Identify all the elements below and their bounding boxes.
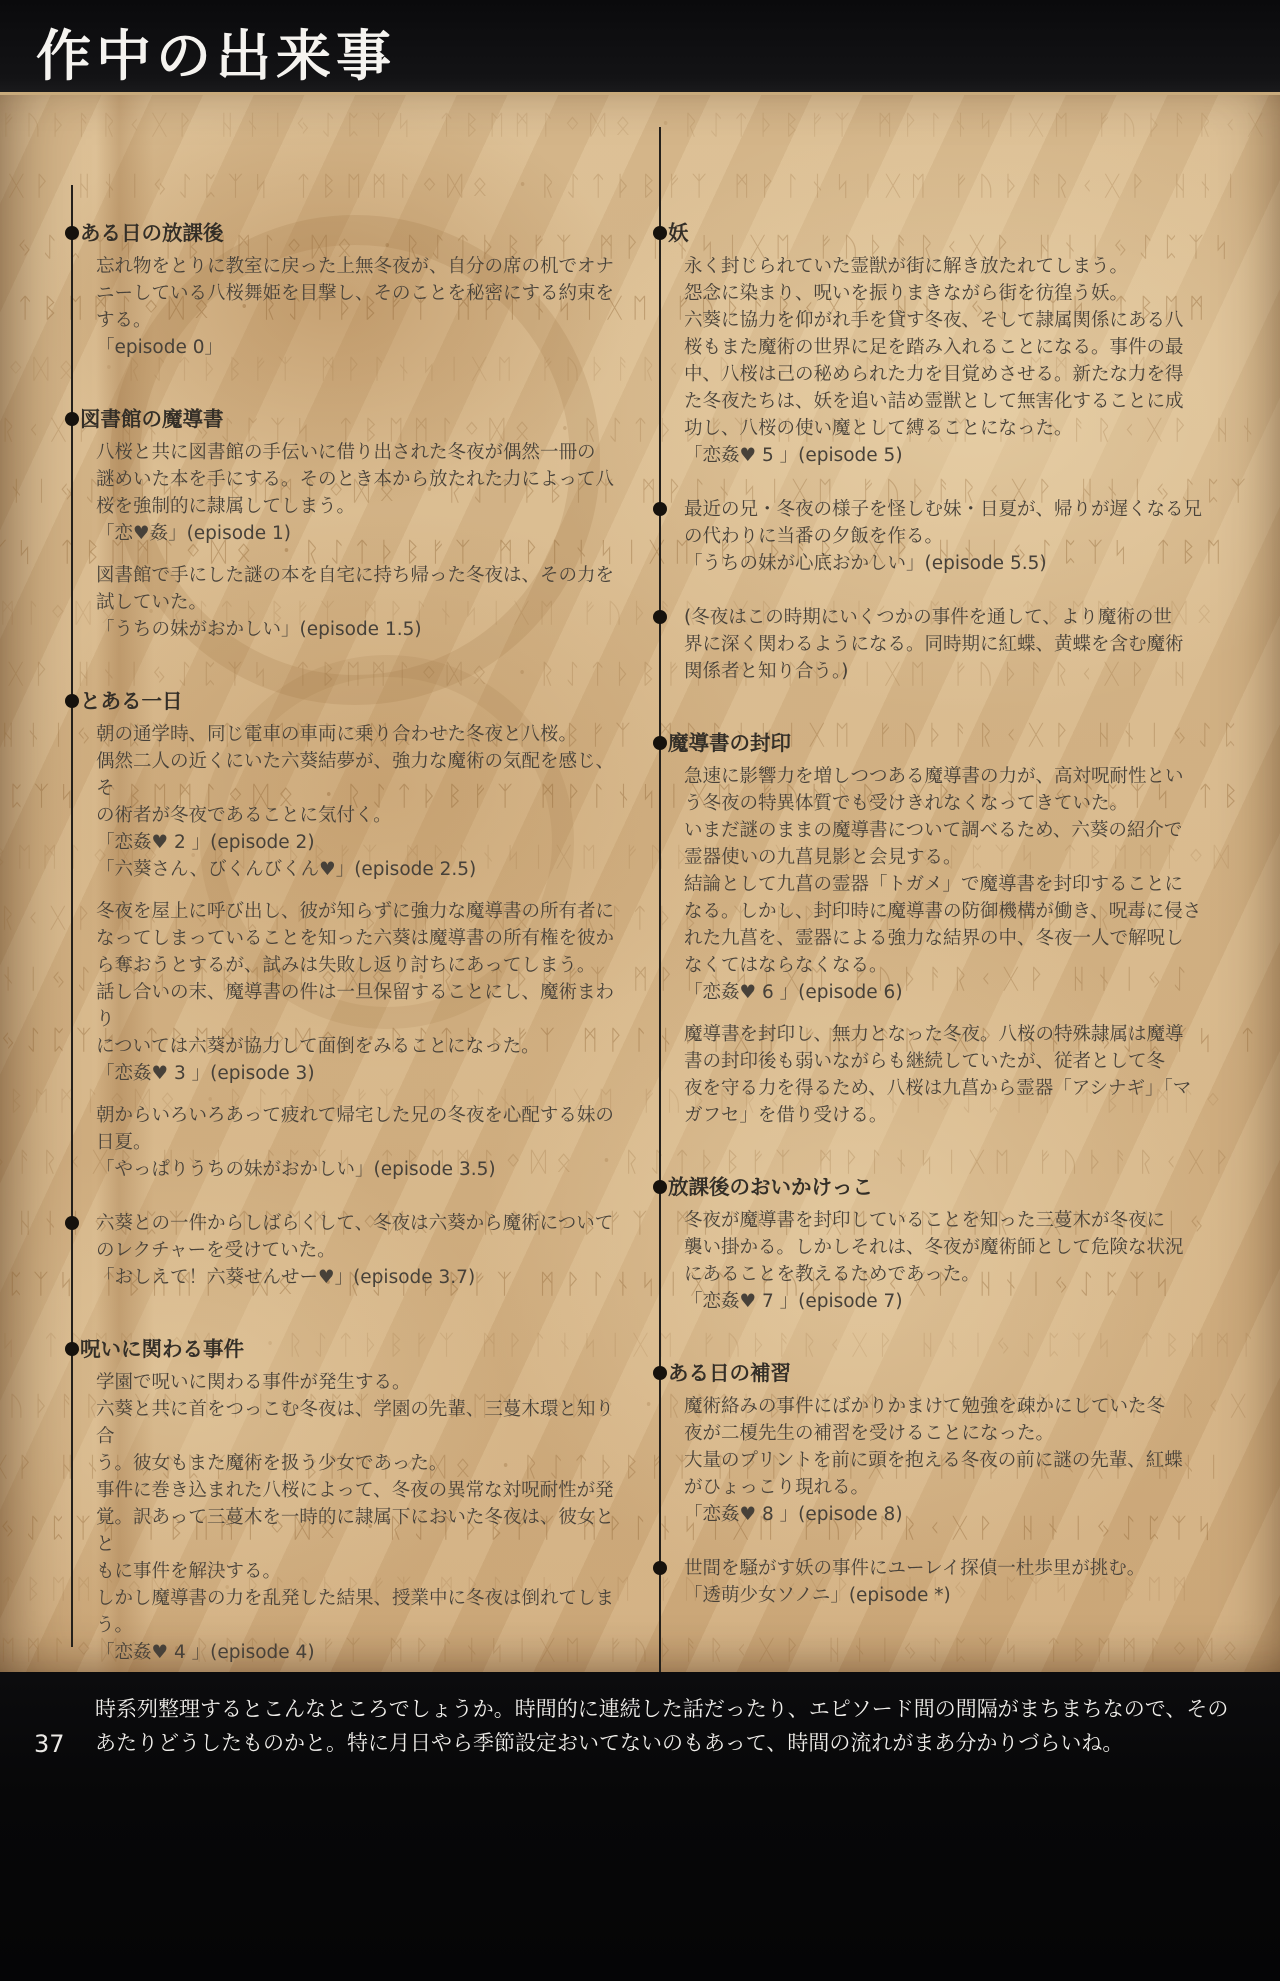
timeline-dot: [653, 226, 667, 240]
text-line: ら奪おうとするが、試みは失敗し返り討ちにあってしまう。: [96, 952, 622, 979]
text-line: 話し合いの末、魔導書の件は一旦保留することにし、魔術まわり: [96, 979, 622, 1033]
text-line: 永く封じられていた霊獣が街に解き放たれてしまう。: [684, 253, 1204, 280]
text-line: 六葵と共に首をつっこむ冬夜は、学園の先輩、三蔓木環と知り合: [96, 1396, 622, 1450]
text-line: 結論として九菖の霊器「トガメ」で魔導書を封印することに: [684, 871, 1204, 898]
text-line: 霊器使いの九菖見影と会見する。: [684, 844, 1204, 871]
page-header-bar: 作中の出来事: [0, 0, 1280, 92]
timeline-paragraph: 冬夜を屋上に呼び出し、彼が知らずに強力な魔導書の所有者になってしまっていることを…: [96, 898, 622, 1087]
text-line: う。: [96, 1612, 622, 1639]
parchment-background: ᚠᚢᚦᚨᚱᚲᚷᚹ ᚺᚾᛁᛃᛇᛈᛉᛋ ᛏᛒᛖᛗᛚᛜᛞᛟ ᛫ᚱᛇᛏᚦᛒᚠᛉ ᛗᚹᛚᚾ…: [0, 92, 1280, 1675]
text-line: 「恋姦♥ 2 」(episode 2): [96, 829, 622, 856]
text-line: しかし魔導書の力を乱発した結果、授業中に冬夜は倒れてしま: [96, 1585, 622, 1612]
text-line: ニーしている八桜舞姫を目撃し、そのことを秘密にする約束を: [96, 280, 622, 307]
text-line: なってしまっていることを知った六葵は魔導書の所有権を彼か: [96, 925, 622, 952]
text-line: 覚。訳あって三蔓木を一時的に隷属下においた冬夜は、彼女とと: [96, 1504, 622, 1558]
text-line: する。: [96, 307, 622, 334]
timeline-dot: [653, 1366, 667, 1380]
section-heading: とある一日: [80, 687, 622, 715]
text-line: いまだ謎のままの魔導書について調べるため、六葵の紹介で: [684, 817, 1204, 844]
text-line: 書の封印後も弱いながらも継続していたが、従者として冬: [684, 1048, 1204, 1075]
section-heading: ある日の補習: [668, 1359, 1204, 1387]
text-line: 朝の通学時、同じ電車の車両に乗り合わせた冬夜と八桜。: [96, 721, 622, 748]
text-line: なる。しかし、封印時に魔導書の防御機構が働き、呪毒に侵さ: [684, 898, 1204, 925]
text-line: 忘れ物をとりに教室に戻った上無冬夜が、自分の席の机でオナ: [96, 253, 622, 280]
section-heading: ある日の放課後: [80, 219, 622, 247]
footer-note-line: あたりどうしたものかと。特に月日やら季節設定おいてないのもあって、時間の流れがま…: [95, 1726, 1240, 1760]
text-line: 「恋姦♥ 8 」(episode 8): [684, 1501, 1204, 1528]
section-heading: 図書館の魔導書: [80, 405, 622, 433]
text-line: 六葵との一件からしばらくして、冬夜は六葵から魔術について: [96, 1210, 622, 1237]
text-line: 「episode 0」: [96, 334, 622, 361]
timeline-paragraph: 八桜と共に図書館の手伝いに借り出された冬夜が偶然一冊の謎めいた本を手にする。その…: [96, 439, 622, 547]
text-line: 事件に巻き込まれた八桜によって、冬夜の異常な対呪耐性が発: [96, 1477, 622, 1504]
text-line: 怨念に染まり、呪いを振りまきながら街を彷徨う妖。: [684, 280, 1204, 307]
text-line: 八桜と共に図書館の手伝いに借り出された冬夜が偶然一冊の: [96, 439, 622, 466]
timeline-dot: [653, 736, 667, 750]
text-line: 「おしえて！六葵せんせー♥」(episode 3.7): [96, 1264, 622, 1291]
text-line: た冬夜たちは、妖を追い詰め霊獣として無害化することに成: [684, 388, 1204, 415]
text-line: 朝からいろいろあって疲れて帰宅した兄の冬夜を心配する妹の: [96, 1102, 622, 1129]
scanned-book-page: 作中の出来事 ᚠᚢᚦᚨᚱᚲᚷᚹ ᚺᚾᛁᛃᛇᛈᛉᛋ ᛏᛒᛖᛗᛚᛜᛞᛟ ᛫ᚱᛇᛏᚦᛒ…: [0, 0, 1280, 1981]
text-line: 「恋姦♥ 5 」(episode 5): [684, 442, 1204, 469]
timeline-dot: [65, 694, 79, 708]
section-heading: 魔導書の封印: [668, 729, 1204, 757]
timeline-line: [659, 127, 661, 1687]
timeline-dot: [65, 412, 79, 426]
section-heading: 妖: [668, 219, 1204, 247]
text-line: については六葵が協力して面倒をみることになった。: [96, 1033, 622, 1060]
text-line: 急速に影響力を増しつつある魔導書の力が、高対呪耐性とい: [684, 763, 1204, 790]
timeline-paragraph: 永く封じられていた霊獣が街に解き放たれてしまう。怨念に染まり、呪いを振りまきなが…: [684, 253, 1204, 469]
timeline-paragraph: (冬夜はこの時期にいくつかの事件を通して、より魔術の世界に深く関わるようになる。…: [684, 604, 1204, 685]
timeline-paragraph: 冬夜が魔導書を封印していることを知った三蔓木が冬夜に襲い掛かる。しかしそれは、冬…: [684, 1207, 1204, 1315]
timeline-paragraph: 朝からいろいろあって疲れて帰宅した兄の冬夜を心配する妹の日夏。「やっぱりうちの妹…: [96, 1102, 622, 1183]
timeline-dot: [65, 226, 79, 240]
timeline-section: ある日の補習魔術絡みの事件にばかりかまけて勉強を疎かにしていた冬夜が二榎先生の補…: [648, 1359, 1204, 1609]
timeline-paragraph: 世間を騒がす妖の事件にユーレイ探偵一杜歩里が挑む。「透萌少女ソノニ」(episo…: [684, 1555, 1204, 1609]
text-line: 「恋姦♥ 6 」(episode 6): [684, 979, 1204, 1006]
text-line: 偶然二人の近くにいた六葵結夢が、強力な魔術の気配を感じ、そ: [96, 748, 622, 802]
text-line: 「うちの妹が心底おかしい」(episode 5.5): [684, 550, 1204, 577]
section-heading: 放課後のおいかけっこ: [668, 1173, 1204, 1201]
text-line: 冬夜が魔導書を封印していることを知った三蔓木が冬夜に: [684, 1207, 1204, 1234]
rune-row: ᚠᚢᚦᚨᚱᚲᚷᚹ ᚺᚾᛁᛃᛇᛈᛉᛋ ᛏᛒᛖᛗᛚᛜᛞᛟ ᛫ᚱᛇᛏᚦᛒᚠᛉ ᛗᚹᛚᚾ…: [0, 95, 1280, 156]
text-line: 功し、八桜の使い魔として縛ることになった。: [684, 415, 1204, 442]
text-line: 図書館で手にした謎の本を自宅に持ち帰った冬夜は、その力を: [96, 562, 622, 589]
timeline-column-right: 妖永く封じられていた霊獣が街に解き放たれてしまう。怨念に染まり、呪いを振りまきな…: [648, 175, 1204, 1609]
timeline-paragraph: 朝の通学時、同じ電車の車両に乗り合わせた冬夜と八桜。偶然二人の近くにいた六葵結夢…: [96, 721, 622, 883]
text-line: 最近の兄・冬夜の様子を怪しむ妹・日夏が、帰りが遅くなる兄: [684, 496, 1204, 523]
timeline-paragraph: 学園で呪いに関わる事件が発生する。六葵と共に首をつっこむ冬夜は、学園の先輩、三蔓…: [96, 1369, 622, 1666]
timeline-paragraph: 忘れ物をとりに教室に戻った上無冬夜が、自分の席の机でオナニーしている八桜舞姫を目…: [96, 253, 622, 361]
text-line: 謎めいた本を手にする。そのとき本から放たれた力によって八: [96, 466, 622, 493]
text-line: 魔術絡みの事件にばかりかまけて勉強を疎かにしていた冬: [684, 1393, 1204, 1420]
timeline-paragraph: 最近の兄・冬夜の様子を怪しむ妹・日夏が、帰りが遅くなる兄の代わりに当番の夕飯を作…: [684, 496, 1204, 577]
text-line: 界に深く関わるようになる。同時期に紅蝶、黄蝶を含む魔術: [684, 631, 1204, 658]
page-title: 作中の出来事: [0, 0, 1280, 91]
timeline-dot: [65, 1216, 79, 1230]
text-line: (冬夜はこの時期にいくつかの事件を通して、より魔術の世: [684, 604, 1204, 631]
timeline-section: 妖永く封じられていた霊獣が街に解き放たれてしまう。怨念に染まり、呪いを振りまきな…: [648, 219, 1204, 685]
text-line: 夜を守る力を得るため、八桜は九菖から霊器「アシナギ」「マ: [684, 1075, 1204, 1102]
page-number: 37: [34, 1730, 65, 1758]
text-line: う。彼女もまた魔術を扱う少女であった。: [96, 1450, 622, 1477]
text-line: なくてはならなくなる。: [684, 952, 1204, 979]
timeline-paragraph: 魔導書を封印し、無力となった冬夜。八桜の特殊隷属は魔導書の封印後も弱いながらも継…: [684, 1021, 1204, 1129]
text-line: 学園で呪いに関わる事件が発生する。: [96, 1369, 622, 1396]
text-line: 世間を騒がす妖の事件にユーレイ探偵一杜歩里が挑む。: [684, 1555, 1204, 1582]
text-line: 大量のプリントを前に頭を抱える冬夜の前に謎の先輩、紅蝶: [684, 1447, 1204, 1474]
text-line: の術者が冬夜であることに気付く。: [96, 802, 622, 829]
text-line: 中、八桜は己の秘められた力を目覚めさせる。新たな力を得: [684, 361, 1204, 388]
timeline-section: 魔導書の封印急速に影響力を増しつつある魔導書の力が、高対呪耐性という冬夜の特異体…: [648, 729, 1204, 1129]
text-line: 「やっぱりうちの妹がおかしい」(episode 3.5): [96, 1156, 622, 1183]
text-line: の代わりに当番の夕飯を作る。: [684, 523, 1204, 550]
text-line: がひょっこり現れる。: [684, 1474, 1204, 1501]
timeline-paragraph: 急速に影響力を増しつつある魔導書の力が、高対呪耐性という冬夜の特異体質でも受けき…: [684, 763, 1204, 1006]
timeline-dot: [653, 1180, 667, 1194]
timeline-section: 放課後のおいかけっこ冬夜が魔導書を封印していることを知った三蔓木が冬夜に襲い掛か…: [648, 1173, 1204, 1315]
text-line: 「うちの妹がおかしい」(episode 1.5): [96, 616, 622, 643]
text-line: 関係者と知り合う。): [684, 658, 1204, 685]
text-line: 六葵に協力を仰がれ手を貸す冬夜、そして隷属関係にある八: [684, 307, 1204, 334]
text-line: 「恋姦♥ 3 」(episode 3): [96, 1060, 622, 1087]
text-line: 試していた。: [96, 589, 622, 616]
text-line: 冬夜を屋上に呼び出し、彼が知らずに強力な魔導書の所有者に: [96, 898, 622, 925]
timeline-dot: [653, 502, 667, 516]
page-footer-bar: 時系列整理するとこんなところでしょうか。時間的に連続した話だったり、エピソード間…: [0, 1672, 1280, 1981]
text-line: のレクチャーを受けていた。: [96, 1237, 622, 1264]
text-line: 夜が二榎先生の補習を受けることになった。: [684, 1420, 1204, 1447]
footer-note: 時系列整理するとこんなところでしょうか。時間的に連続した話だったり、エピソード間…: [95, 1692, 1240, 1760]
text-line: 「恋♥姦」(episode 1): [96, 520, 622, 547]
footer-note-line: 時系列整理するとこんなところでしょうか。時間的に連続した話だったり、エピソード間…: [95, 1692, 1240, 1726]
text-line: 桜を強制的に隷属してしまう。: [96, 493, 622, 520]
timeline-paragraph: 六葵との一件からしばらくして、冬夜は六葵から魔術についてのレクチャーを受けていた…: [96, 1210, 622, 1291]
timeline-line: [71, 185, 73, 1647]
text-line: 桜もまた魔術の世界に足を踏み入れることになる。事件の最: [684, 334, 1204, 361]
text-line: 「恋姦♥ 4 」(episode 4): [96, 1639, 622, 1666]
timeline-column-left: ある日の放課後忘れ物をとりに教室に戻った上無冬夜が、自分の席の机でオナニーしてい…: [60, 175, 622, 1747]
text-line: う冬夜の特異体質でも受けきれなくなってきていた。: [684, 790, 1204, 817]
text-line: 「透萌少女ソノニ」(episode *): [684, 1582, 1204, 1609]
timeline-dot: [653, 610, 667, 624]
text-line: 「六葵さん、びくんびくん♥」(episode 2.5): [96, 856, 622, 883]
timeline-paragraph: 魔術絡みの事件にばかりかまけて勉強を疎かにしていた冬夜が二榎先生の補習を受けるこ…: [684, 1393, 1204, 1528]
text-line: 日夏。: [96, 1129, 622, 1156]
text-line: もに事件を解決する。: [96, 1558, 622, 1585]
timeline-paragraph: 図書館で手にした謎の本を自宅に持ち帰った冬夜は、その力を試していた。「うちの妹が…: [96, 562, 622, 643]
text-line: 「恋姦♥ 7 」(episode 7): [684, 1288, 1204, 1315]
timeline-section: ある日の放課後忘れ物をとりに教室に戻った上無冬夜が、自分の席の机でオナニーしてい…: [60, 219, 622, 361]
timeline-section: とある一日朝の通学時、同じ電車の車両に乗り合わせた冬夜と八桜。偶然二人の近くにい…: [60, 687, 622, 1291]
text-line: 襲い掛かる。しかしそれは、冬夜が魔術師として危険な状況: [684, 1234, 1204, 1261]
text-line: にあることを教えるためであった。: [684, 1261, 1204, 1288]
timeline-dot: [65, 1342, 79, 1356]
timeline-section: 図書館の魔導書八桜と共に図書館の手伝いに借り出された冬夜が偶然一冊の謎めいた本を…: [60, 405, 622, 643]
section-heading: 呪いに関わる事件: [80, 1335, 622, 1363]
text-line: ガフセ」を借り受ける。: [684, 1102, 1204, 1129]
text-line: 魔導書を封印し、無力となった冬夜。八桜の特殊隷属は魔導: [684, 1021, 1204, 1048]
text-line: れた九菖を、霊器による強力な結界の中、冬夜一人で解呪し: [684, 925, 1204, 952]
timeline-dot: [653, 1561, 667, 1575]
